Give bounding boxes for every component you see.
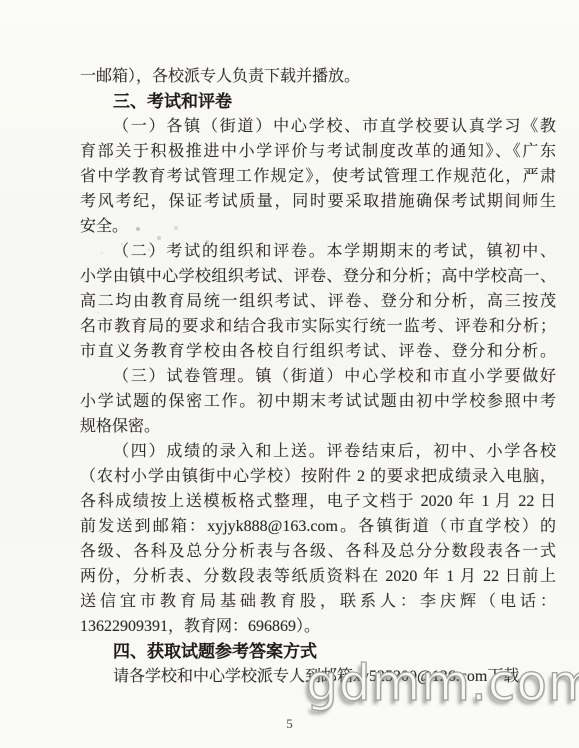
text-line: 一邮箱），各校派专人负责下载并播放。 <box>80 64 556 89</box>
text-line: 13622909391，教育网：696869）。 <box>80 614 556 639</box>
text-line: 小学试题的保密工作。初中期末考试试题由初中学校参照中考 <box>80 389 556 414</box>
text-line: 考风考纪，保证考试质量，同时要采取措施确保考试期间师生 <box>80 189 556 214</box>
text-line: （三）试卷管理。镇（街道）中心学校和市直小学要做好 <box>80 364 556 389</box>
scan-noise-specks <box>0 0 2 2</box>
text-line: 市直义务教育学校由各校自行组织考试、评卷、登分和分析。 <box>80 339 556 364</box>
section-heading: 三、考试和评卷 <box>80 89 556 114</box>
text-line: （二）考试的组织和评卷。本学期期末的考试，镇初中、 <box>80 239 556 264</box>
text-line: 省中学教育考试管理工作规定》，使考试管理工作规范化，严肃 <box>80 164 556 189</box>
text-line: （四）成绩的录入和上送。评卷结束后，初中、小学各校 <box>80 439 556 464</box>
text-line: 两份，分析表、分数段表等纸质资料在 2020 年 1 月 22 日前上 <box>80 564 556 589</box>
text-line: （一）各镇（街道）中心学校、市直学校要认真学习《教 <box>80 114 556 139</box>
text-line: 各科成绩按上送模板格式整理，电子文档于 2020 年 1 月 22 日 <box>80 489 556 514</box>
text-line: 名市教育局的要求和结合我市实际实行统一监考、评卷和分析； <box>80 314 556 339</box>
text-line: 前发送到邮箱：xyjyk888@163.com。各镇街道（市直学校）的 <box>80 514 556 539</box>
text-line: 各级、各科及总分分析表与各级、各科及总分分数段表各一式 <box>80 539 556 564</box>
text-line: 育部关于积极推进中小学评价与考试制度改革的通知》、《广东 <box>80 139 556 164</box>
text-line: 安全。 <box>80 214 556 239</box>
text-line: 规格保密。 <box>80 414 556 439</box>
text-line: 送信宜市教育局基础教育股，联系人：李庆辉（电话： <box>80 589 556 614</box>
site-watermark: gdmm.com <box>306 654 579 712</box>
document-text-block: 一邮箱），各校派专人负责下载并播放。 三、考试和评卷 （一）各镇（街道）中心学校… <box>80 64 556 689</box>
text-line: （农村小学由镇街中心学校）按附件 2 的要求把成绩录入电脑， <box>80 464 556 489</box>
text-line: 高二均由教育局统一组织考试、评卷、登分和分析，高三按茂 <box>80 289 556 314</box>
scanned-document-page: 一邮箱），各校派专人负责下载并播放。 三、考试和评卷 （一）各镇（街道）中心学校… <box>0 0 579 748</box>
text-line: 小学由镇中心学校组织考试、评卷、登分和分析；高中学校高一、 <box>80 264 556 289</box>
page-number: 5 <box>0 716 579 732</box>
